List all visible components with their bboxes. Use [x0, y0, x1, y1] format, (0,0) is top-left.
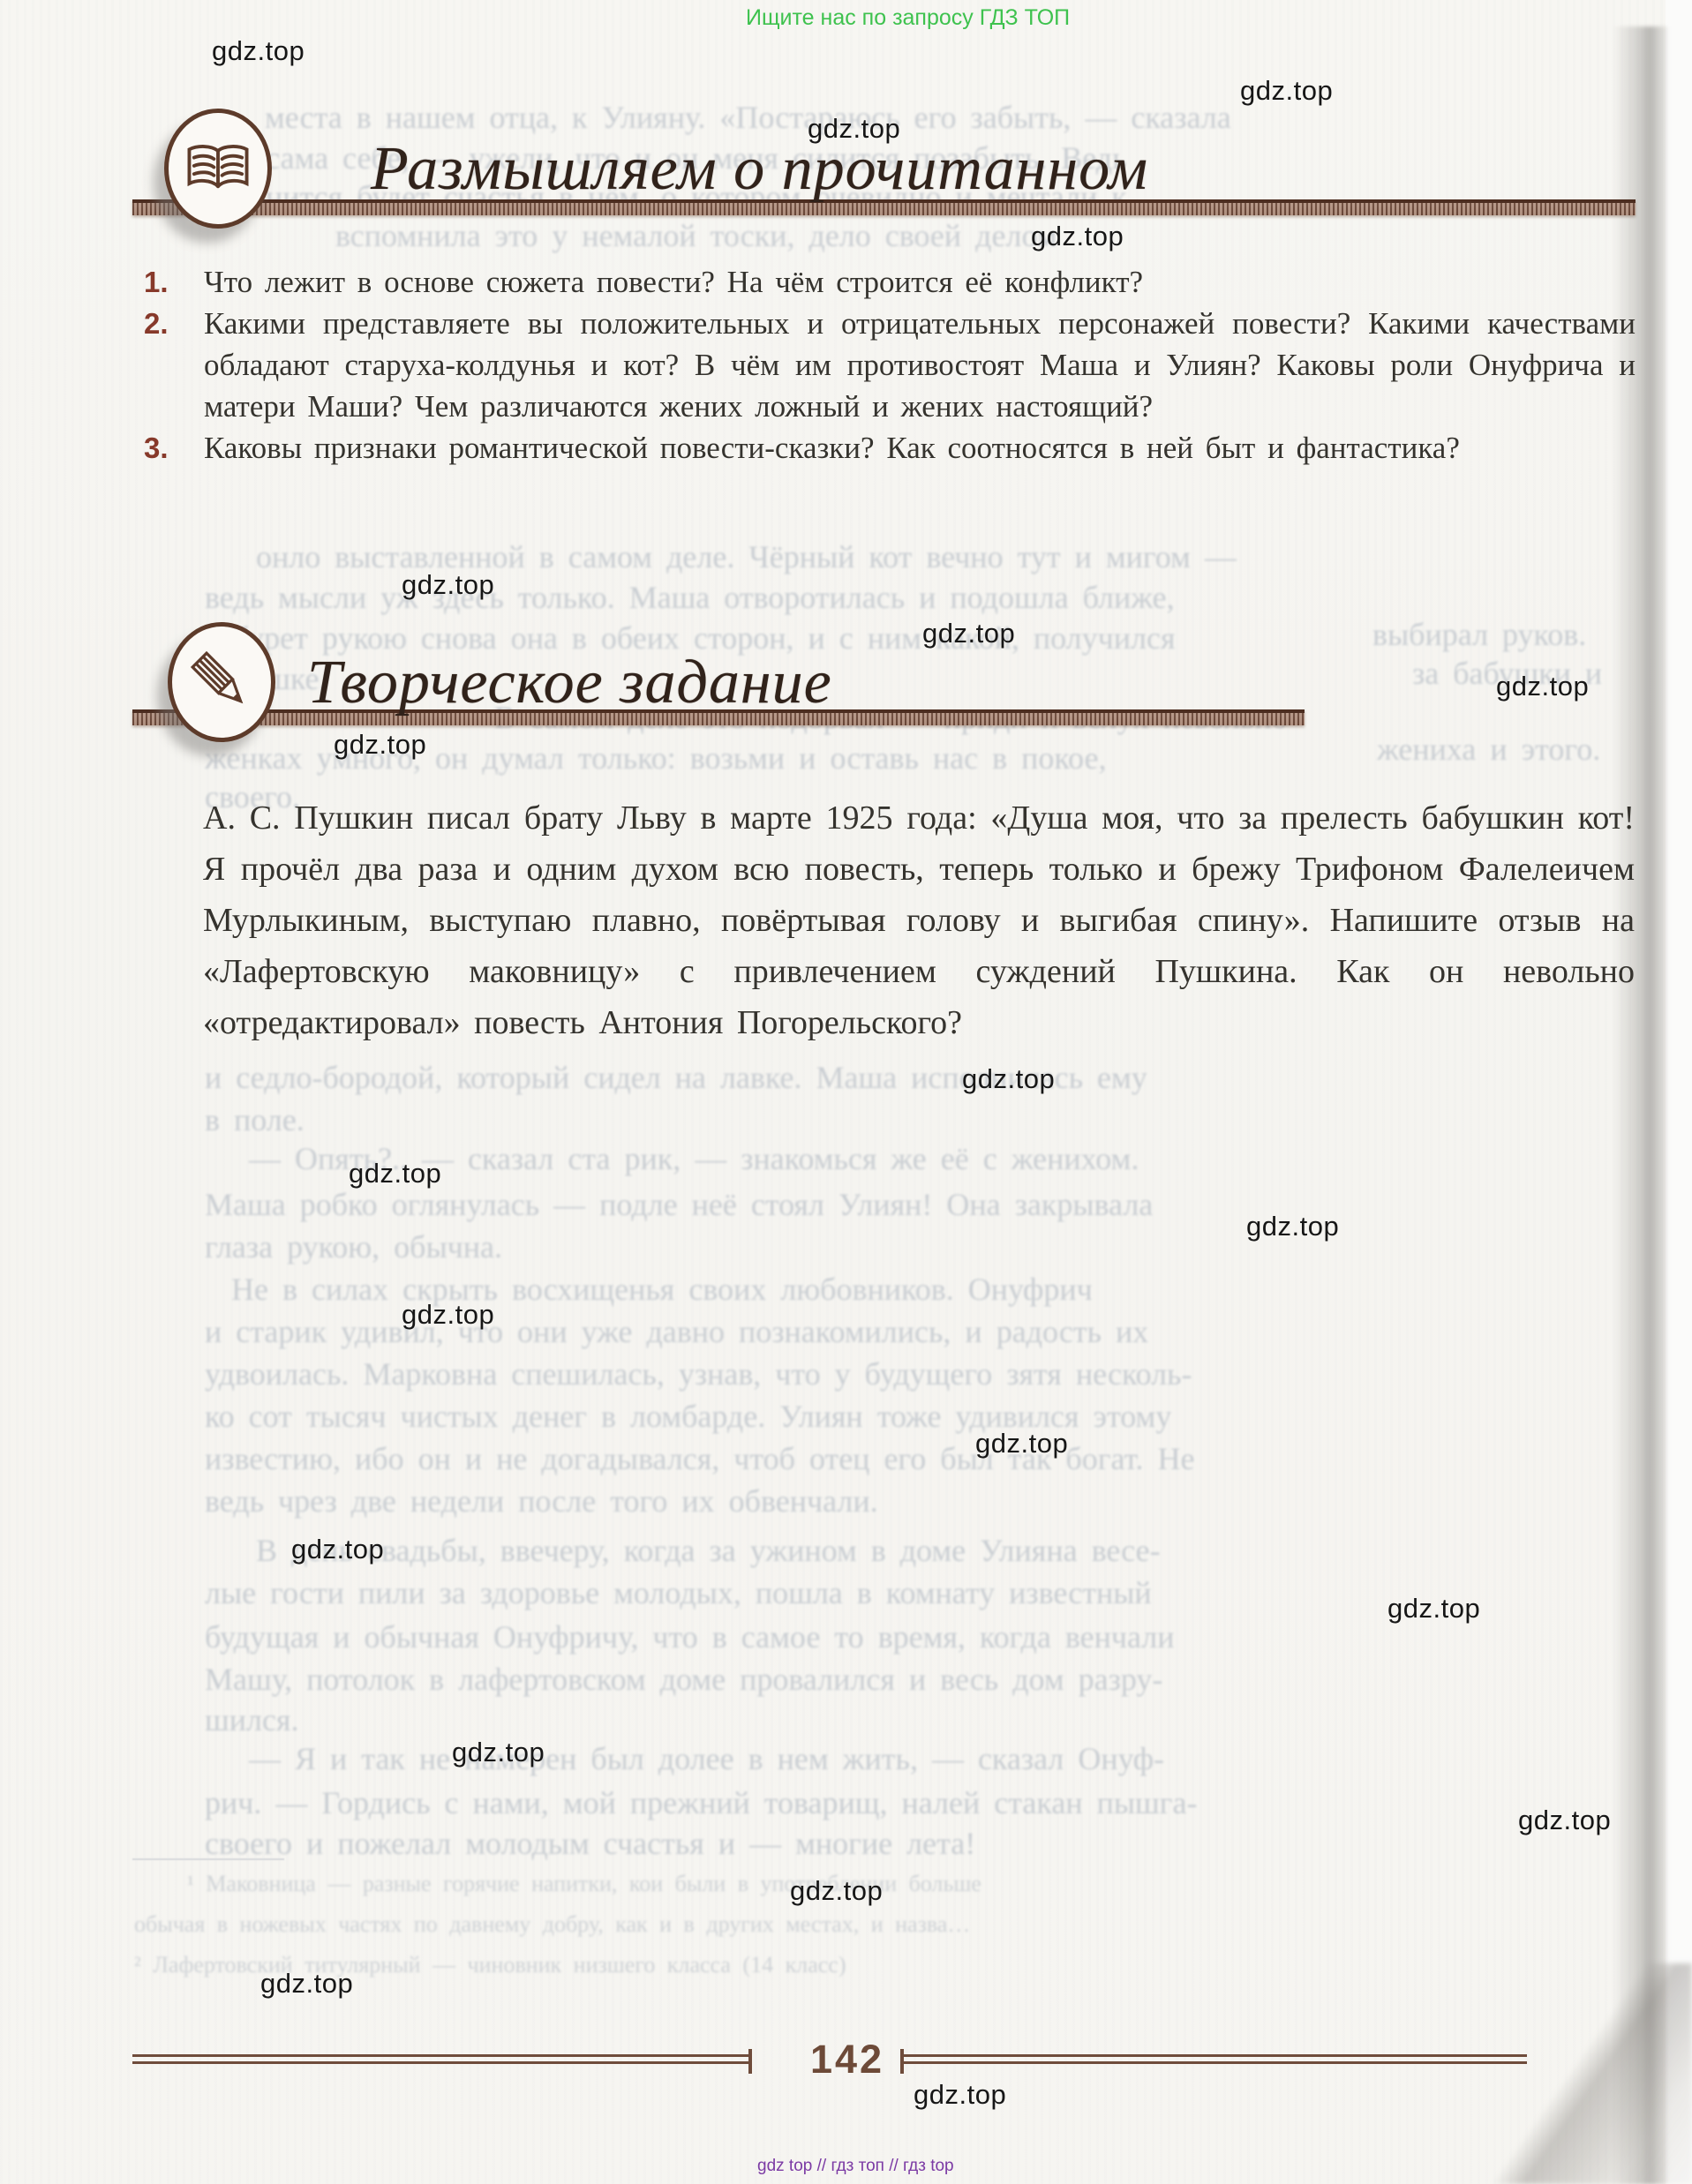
gdz-watermark: gdz.top — [914, 2079, 1006, 2111]
ghost-line: Не в силах скрыть восхищенья своих любов… — [231, 1271, 1093, 1308]
gdz-watermark: gdz.top — [1240, 75, 1333, 107]
ghost-line: и старик удивил, что они уже давно позна… — [205, 1313, 1148, 1350]
section-title: Творческое задание — [307, 648, 832, 718]
footnote-rule — [132, 1858, 284, 1860]
section-title: Размышляем о прочитанном — [371, 134, 1148, 205]
ghost-line: удвоилась. Марковна спешилась, узнав, чт… — [205, 1355, 1192, 1392]
gdz-watermark: gdz.top — [975, 1428, 1068, 1460]
question-text: Каковы признаки романтической повести-ск… — [204, 431, 1460, 465]
gdz-watermark: gdz.top — [1031, 221, 1124, 252]
ghost-line: будущая и обычная Онуфричу, что в самое … — [205, 1618, 1175, 1655]
ghost-line: выбирал руков. — [1372, 616, 1586, 653]
question-number: 3. — [144, 427, 169, 469]
gdz-watermark: gdz.top — [1518, 1805, 1611, 1836]
ghost-line: в поле. — [205, 1101, 305, 1138]
gdz-watermark: gdz.top — [291, 1534, 384, 1565]
page-edge-margin — [1666, 0, 1692, 2184]
gdz-watermark: gdz.top — [349, 1158, 441, 1190]
question-text: Какими представляете вы положительных и … — [204, 306, 1636, 424]
ghost-line: В день свадьбы, ввечеру, когда за ужином… — [256, 1532, 1161, 1569]
scanned-textbook-page: Ищите нас по запросу ГДЗ ТОП места в наш… — [0, 0, 1692, 2184]
question-item: 2.Какими представляете вы положительных … — [144, 303, 1636, 427]
ghost-line: своего и пожелал молодым счастья и — мно… — [205, 1825, 975, 1862]
creative-paragraph: А. С. Пушкин писал брату Льву в марте 19… — [203, 792, 1635, 1048]
ghost-line: жениха и этого. — [1377, 731, 1600, 768]
question-item: 1.Что лежит в основе сюжета повести? На … — [144, 261, 1636, 303]
ghost-line: ² Лафертовский титулярный — чиновник низ… — [134, 1952, 846, 1978]
gdz-watermark: gdz.top — [962, 1063, 1055, 1095]
ghost-line: глаза рукою, обычна. — [205, 1228, 502, 1265]
questions-list: 1.Что лежит в основе сюжета повести? На … — [144, 261, 1636, 469]
ghost-line: вспомнила это у немалой тоски, дело свое… — [335, 217, 1057, 254]
gdz-watermark: gdz.top — [334, 729, 426, 761]
question-item: 3.Каковы признаки романтической повести-… — [144, 427, 1636, 469]
gdz-watermark: gdz.top — [260, 1968, 353, 2000]
question-number: 2. — [144, 303, 169, 344]
ghost-line: ведь чрез две недели после того их обвен… — [205, 1482, 878, 1520]
ghost-line: рич. — Гордись с нами, мой прежний товар… — [205, 1784, 1198, 1821]
gdz-watermark: gdz.top — [452, 1737, 545, 1768]
gdz-watermark: gdz.top — [212, 35, 305, 67]
gdz-watermark: gdz.top — [1246, 1211, 1339, 1242]
footer-rule-right — [900, 2054, 1527, 2064]
ghost-line: обычая в ножевых частях по давнему добру… — [134, 1911, 970, 1938]
open-book-icon — [164, 109, 272, 229]
ghost-line: места в нашем отца, к Улияну. «Постараюс… — [265, 99, 1231, 136]
gdz-watermark: gdz.top — [922, 618, 1015, 649]
gdz-watermark: gdz.top — [790, 1875, 883, 1907]
ghost-line: — Я и так не намерен был долее в нем жит… — [249, 1740, 1164, 1777]
gdz-watermark: gdz.top — [402, 569, 494, 601]
gdz-watermark: gdz.top — [402, 1299, 494, 1331]
promo-banner-bottom: gdz top // гдз топ // гдз top — [757, 2157, 954, 2176]
ghost-line: Машу, потолок в лафертовском доме провал… — [205, 1661, 1162, 1698]
ghost-line: ведь мысли уж здесь только. Маша отворот… — [205, 579, 1175, 616]
ghost-line: шился. — [205, 1701, 299, 1738]
ghost-line: лые гости пили за здоровье молодых, пошл… — [205, 1574, 1152, 1611]
promo-banner-top: Ищите нас по запросу ГДЗ ТОП — [746, 5, 1070, 31]
question-number: 1. — [144, 261, 169, 303]
gdz-watermark: gdz.top — [1387, 1593, 1480, 1625]
pencil-icon — [168, 622, 275, 742]
page-number: 142 — [794, 2037, 900, 2083]
ghost-line: Маша робко оглянулась — подле неё стоял … — [205, 1186, 1153, 1223]
footer-rule-left — [132, 2054, 752, 2064]
gdz-watermark: gdz.top — [1496, 671, 1589, 702]
question-text: Что лежит в основе сюжета повести? На чё… — [204, 265, 1143, 299]
corner-shadow — [1427, 1963, 1692, 2184]
